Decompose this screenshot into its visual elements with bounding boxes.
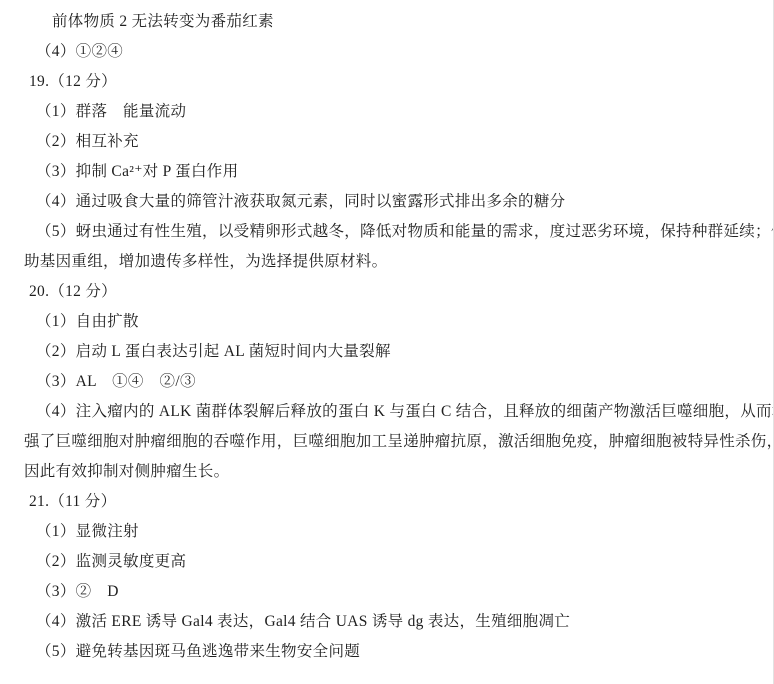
question-heading: 21.（11 分） [0,487,773,517]
text-line: 助基因重组，增加遗传多样性，为选择提供原材料。 [0,247,773,277]
text-line: （3）② D [0,577,773,607]
question-heading: 20.（12 分） [0,277,773,307]
answer-sheet-page: 前体物质 2 无法转变为番茄红素 （4）①②④ 19.（12 分） （1）群落 … [0,0,774,684]
text-line: （4）①②④ [0,37,773,67]
question-heading: 19.（12 分） [0,67,773,97]
text-line: 因此有效抑制对侧肿瘤生长。 [0,457,773,487]
text-line: （1）群落 能量流动 [0,97,773,127]
text-line: （3）抑制 Ca²⁺对 P 蛋白作用 [0,157,773,187]
text-line: （5）蚜虫通过有性生殖，以受精卵形式越冬，降低对物质和能量的需求，度过恶劣环境，… [0,217,773,247]
text-line: （1）显微注射 [0,517,773,547]
text-line: （5）避免转基因斑马鱼逃逸带来生物安全问题 [0,637,773,667]
text-line: 强了巨噬细胞对肿瘤细胞的吞噬作用，巨噬细胞加工呈递肿瘤抗原，激活细胞免疫，肿瘤细… [0,427,773,457]
text-line: （2）启动 L 蛋白表达引起 AL 菌短时间内大量裂解 [0,337,773,367]
text-line: （4）通过吸食大量的筛管汁液获取氮元素，同时以蜜露形式排出多余的糖分 [0,187,773,217]
text-line: （3）AL ①④ ②/③ [0,367,773,397]
text-line: （4）激活 ERE 诱导 Gal4 表达，Gal4 结合 UAS 诱导 dg 表… [0,607,773,637]
text-line: 前体物质 2 无法转变为番茄红素 [0,7,773,37]
text-line: （2）相互补充 [0,127,773,157]
text-line: （4）注入瘤内的 ALK 菌群体裂解后释放的蛋白 K 与蛋白 C 结合，且释放的… [0,397,773,427]
text-line: （1）自由扩散 [0,307,773,337]
text-line: （2）监测灵敏度更高 [0,547,773,577]
